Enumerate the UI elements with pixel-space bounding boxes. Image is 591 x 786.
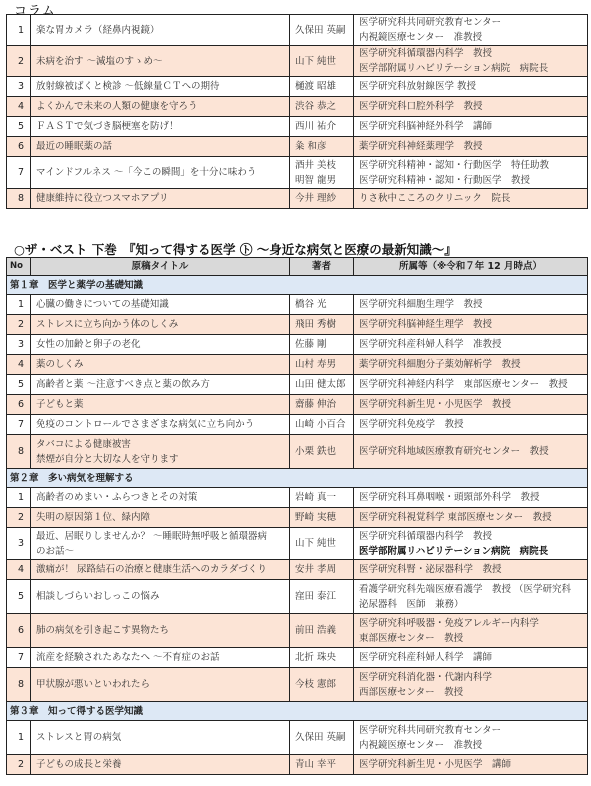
table-row: 1高齢者のめまい・ふらつきとその対策岩崎 真一医学研究科耳鼻咽喉・頭頸部外科学 … <box>7 488 588 508</box>
row-affiliation-line: 医学研究科消化器・代謝内科学 <box>359 670 582 685</box>
table-row: 8タバコによる健康被害禁煙が自分と大切な人を守ります小栗 鉄也医学研究科地域医療… <box>7 435 588 469</box>
row-title: 最近の睡眠薬の話 <box>31 137 290 157</box>
table-row: 7マインドフルネス ～「今この瞬間」を十分に味わう酒井 美枝明智 龍男医学研究科… <box>7 157 588 189</box>
row-affiliation: 医学研究科新生児・小児医学 教授 <box>354 395 588 415</box>
table-row: 6子どもと薬齋藤 伸治医学研究科新生児・小児医学 教授 <box>7 395 588 415</box>
row-affiliation-line: 医学研究科精神・認知・行動医学 特任助教 <box>359 158 582 173</box>
row-author: 野崎 実穂 <box>290 508 354 528</box>
row-title-line: 心臓の働きについての基礎知識 <box>36 297 284 312</box>
row-author-line: 山下 純世 <box>295 536 348 551</box>
row-affiliation-line: 医学研究科腎・泌尿器科学 教授 <box>359 562 582 577</box>
row-title: 薬のしくみ <box>31 355 290 375</box>
row-author: 飛田 秀樹 <box>290 315 354 335</box>
row-author-line: 岩崎 真一 <box>295 490 348 505</box>
row-affiliation: 医学研究科循環器内科学 教授医学部附属リハビリテーション病院 病院長 <box>354 528 588 560</box>
row-affiliation: 医学研究科精神・認知・行動医学 特任助教医学研究科精神・認知・行動医学 教授 <box>354 157 588 189</box>
row-title: ＦＡＳＴで気づき脳梗塞を防げ！ <box>31 117 290 137</box>
row-title-line: 失明の原因第１位、緑内障 <box>36 510 284 525</box>
row-author-line: 野崎 実穂 <box>295 510 348 525</box>
chapter-label: 第３章 知って得する医学知識 <box>7 702 588 721</box>
row-number: 1 <box>7 488 31 508</box>
row-number: 1 <box>7 721 31 755</box>
row-affiliation-line: 医学研究科放射線医学 教授 <box>359 79 582 94</box>
row-affiliation: 薬学研究科神経薬理学 教授 <box>354 137 588 157</box>
row-affiliation: 医学研究科消化器・代謝内科学西部医療センター 教授 <box>354 668 588 702</box>
row-title: 肺の病気を引き起こす異物たち <box>31 614 290 648</box>
row-affiliation-line: 医学研究科免疫学 教授 <box>359 417 582 432</box>
row-title-line: 禁煙が自分と大切な人を守ります <box>36 452 284 467</box>
best-section-title: ○ザ・ベスト 下巻 『知って得する医学 ㋣ ～身近な病気と医療の最新知識～』 <box>14 240 457 258</box>
row-affiliation-line: 西部医療センター 教授 <box>359 685 582 700</box>
row-affiliation-line: 医学研究科神経内科学 東部医療センター 教授 <box>359 377 582 392</box>
row-affiliation: 医学研究科脳神経外科学 講師 <box>354 117 588 137</box>
row-title: タバコによる健康被害禁煙が自分と大切な人を守ります <box>31 435 290 469</box>
row-author-line: 山下 純世 <box>295 54 348 69</box>
table-row: 1心臓の働きについての基礎知識橋谷 光医学研究科細胞生理学 教授 <box>7 295 588 315</box>
row-affiliation: 看護学研究科先端医療看護学 教授 （医学研究科泌尿器科 医師 兼務） <box>354 580 588 614</box>
row-affiliation-line: りさ秋中こころのクリニック 院長 <box>359 191 582 206</box>
row-affiliation-line: 医学研究科共同研究教育センター <box>359 723 582 738</box>
row-author: 前田 浩義 <box>290 614 354 648</box>
row-author: 橋谷 光 <box>290 295 354 315</box>
row-author: 渋谷 恭之 <box>290 97 354 117</box>
row-title: ストレスと胃の病気 <box>31 721 290 755</box>
table-row: 1楽な胃カメラ（経鼻内視鏡）久保田 英嗣医学研究科共同研究教育センター内視鏡医療… <box>7 15 588 46</box>
row-title-line: 免疫のコントロールでさまざまな病気に立ち向かう <box>36 417 284 432</box>
row-title: 放射線被ばくと検診 ～低線量ＣＴへの期待 <box>31 77 290 97</box>
row-author: 齋藤 伸治 <box>290 395 354 415</box>
row-author-line: 佐藤 剛 <box>295 337 348 352</box>
row-author: 山村 寿男 <box>290 355 354 375</box>
row-title: 失明の原因第１位、緑内障 <box>31 508 290 528</box>
row-affiliation-line: 医学研究科細胞生理学 教授 <box>359 297 582 312</box>
table-row: 2ストレスに立ち向かう体のしくみ飛田 秀樹医学研究科脳神経生理学 教授 <box>7 315 588 335</box>
chapter-row: 第１章 医学と薬学の基礎知識 <box>7 276 588 295</box>
row-affiliation: 医学研究科循環器内科学 教授医学部附属リハビリテーション病院 病院長 <box>354 46 588 77</box>
row-number: 1 <box>7 295 31 315</box>
row-title: ストレスに立ち向かう体のしくみ <box>31 315 290 335</box>
best-table: No 原稿タイトル 著者 所属等（※令和７年 12 月時点） 第１章 医学と薬学… <box>6 257 588 775</box>
row-author: 山下 純世 <box>290 46 354 77</box>
row-affiliation-line: 医学研究科産科婦人科学 准教授 <box>359 337 582 352</box>
row-number: 4 <box>7 355 31 375</box>
row-author: 久保田 英嗣 <box>290 721 354 755</box>
row-title-line: 薬のしくみ <box>36 357 284 372</box>
row-author: 酒井 美枝明智 龍男 <box>290 157 354 189</box>
row-title-line: 楽な胃カメラ（経鼻内視鏡） <box>36 23 284 38</box>
row-affiliation-line: 医学研究科口腔外科学 教授 <box>359 99 582 114</box>
table-row: 7免疫のコントロールでさまざまな病気に立ち向かう山崎 小百合医学研究科免疫学 教… <box>7 415 588 435</box>
row-affiliation-line: 薬学研究科神経薬理学 教授 <box>359 139 582 154</box>
row-title-line: のお話～ <box>36 544 284 559</box>
row-title-line: 甲状腺が悪いといわれたら <box>36 677 284 692</box>
row-affiliation-line: 医学研究科共同研究教育センター <box>359 15 582 30</box>
row-title: 甲状腺が悪いといわれたら <box>31 668 290 702</box>
row-title-line: 高齢者と薬 ～注意すべき点と薬の飲み方 <box>36 377 284 392</box>
row-affiliation-line: 医学研究科産科婦人科学 講師 <box>359 650 582 665</box>
row-author: 山崎 小百合 <box>290 415 354 435</box>
row-number: 4 <box>7 560 31 580</box>
row-author-line: 西川 祐介 <box>295 119 348 134</box>
row-title-line: マインドフルネス ～「今この瞬間」を十分に味わう <box>36 165 284 180</box>
table-row: 8甲状腺が悪いといわれたら今枝 憲郎医学研究科消化器・代謝内科学西部医療センター… <box>7 668 588 702</box>
row-author: 北折 珠央 <box>290 648 354 668</box>
table-row: 6最近の睡眠薬の話粂 和彦薬学研究科神経薬理学 教授 <box>7 137 588 157</box>
row-title: 女性の加齢と卵子の老化 <box>31 335 290 355</box>
row-title: 最近、居眠りしませんか？ ～睡眠時無呼吸と循環器病のお話～ <box>31 528 290 560</box>
row-author-line: 久保田 英嗣 <box>295 730 348 745</box>
row-title: 流産を経験されたあなたへ ～不育症のお話 <box>31 648 290 668</box>
row-title: 未病を治す ～減塩のすゝめ～ <box>31 46 290 77</box>
row-title: 子どもの成長と栄養 <box>31 755 290 775</box>
row-number: 2 <box>7 315 31 335</box>
row-author: 樋渡 昭雄 <box>290 77 354 97</box>
row-affiliation: 医学研究科腎・泌尿器科学 教授 <box>354 560 588 580</box>
row-title-line: ＦＡＳＴで気づき脳梗塞を防げ！ <box>36 119 284 134</box>
row-number: 6 <box>7 137 31 157</box>
chapter-label: 第１章 医学と薬学の基礎知識 <box>7 276 588 295</box>
row-author-line: 樋渡 昭雄 <box>295 79 348 94</box>
row-title: よくかんで未来の人類の健康を守ろう <box>31 97 290 117</box>
table-row: 2失明の原因第１位、緑内障野崎 実穂医学研究科視覚科学 東部医療センター 教授 <box>7 508 588 528</box>
row-affiliation-line: 医学研究科視覚科学 東部医療センター 教授 <box>359 510 582 525</box>
row-title: 高齢者と薬 ～注意すべき点と薬の飲み方 <box>31 375 290 395</box>
row-author: 粂 和彦 <box>290 137 354 157</box>
row-number: 4 <box>7 97 31 117</box>
row-title-line: 肺の病気を引き起こす異物たち <box>36 623 284 638</box>
column-table: 1楽な胃カメラ（経鼻内視鏡）久保田 英嗣医学研究科共同研究教育センター内視鏡医療… <box>6 14 588 209</box>
row-author: 岩崎 真一 <box>290 488 354 508</box>
row-affiliation-line: 内視鏡医療センター 准教授 <box>359 738 582 753</box>
row-author: 佐藤 剛 <box>290 335 354 355</box>
row-title-line: 相談しづらいおしっこの悩み <box>36 589 284 604</box>
row-title: 免疫のコントロールでさまざまな病気に立ち向かう <box>31 415 290 435</box>
row-author-line: 久保田 英嗣 <box>295 23 348 38</box>
row-affiliation: 医学研究科共同研究教育センター内視鏡医療センター 准教授 <box>354 721 588 755</box>
row-title-line: 健康維持に役立つスマホアプリ <box>36 191 284 206</box>
row-number: 7 <box>7 415 31 435</box>
row-author: 小栗 鉄也 <box>290 435 354 469</box>
table-row: 4よくかんで未来の人類の健康を守ろう渋谷 恭之医学研究科口腔外科学 教授 <box>7 97 588 117</box>
table-row: 5高齢者と薬 ～注意すべき点と薬の飲み方山田 健太郎医学研究科神経内科学 東部医… <box>7 375 588 395</box>
row-title: 健康維持に役立つスマホアプリ <box>31 189 290 209</box>
row-author-line: 山田 健太郎 <box>295 377 348 392</box>
row-number: 5 <box>7 117 31 137</box>
table-header-row: No 原稿タイトル 著者 所属等（※令和７年 12 月時点） <box>7 258 588 276</box>
table-row: 5相談しづらいおしっこの悩み窪田 泰江看護学研究科先端医療看護学 教授 （医学研… <box>7 580 588 614</box>
row-author-line: 齋藤 伸治 <box>295 397 348 412</box>
row-author-line: 粂 和彦 <box>295 139 348 154</box>
row-affiliation-line: 泌尿器科 医師 兼務） <box>359 597 582 612</box>
row-author-line: 橋谷 光 <box>295 297 348 312</box>
row-number: 6 <box>7 614 31 648</box>
row-author: 今枝 憲郎 <box>290 668 354 702</box>
header-author: 著者 <box>290 258 354 276</box>
row-title-line: タバコによる健康被害 <box>36 437 284 452</box>
header-no: No <box>7 258 31 276</box>
row-number: 8 <box>7 435 31 469</box>
row-affiliation: 医学研究科口腔外科学 教授 <box>354 97 588 117</box>
row-affiliation: 医学研究科放射線医学 教授 <box>354 77 588 97</box>
row-affiliation-line: 医学研究科精神・認知・行動医学 教授 <box>359 173 582 188</box>
row-affiliation: 医学研究科免疫学 教授 <box>354 415 588 435</box>
row-affiliation-line: 医学研究科新生児・小児医学 講師 <box>359 757 582 772</box>
table-row: 4薬のしくみ山村 寿男薬学研究科細胞分子薬効解析学 教授 <box>7 355 588 375</box>
row-affiliation: 医学研究科共同研究教育センター内視鏡医療センター 准教授 <box>354 15 588 46</box>
row-author-line: 青山 幸平 <box>295 757 348 772</box>
row-number: 7 <box>7 157 31 189</box>
row-number: 2 <box>7 508 31 528</box>
row-title-line: 激痛が！ 尿路結石の治療と健康生活へのカラダづくり <box>36 562 284 577</box>
row-number: 2 <box>7 755 31 775</box>
row-author-line: 北折 珠央 <box>295 650 348 665</box>
table-row: 8健康維持に役立つスマホアプリ今井 理紗りさ秋中こころのクリニック 院長 <box>7 189 588 209</box>
row-title-line: 未病を治す ～減塩のすゝめ～ <box>36 54 284 69</box>
row-title: マインドフルネス ～「今この瞬間」を十分に味わう <box>31 157 290 189</box>
row-affiliation-line: 内視鏡医療センター 准教授 <box>359 30 582 45</box>
row-number: 6 <box>7 395 31 415</box>
row-number: 7 <box>7 648 31 668</box>
row-title-line: 最近の睡眠薬の話 <box>36 139 284 154</box>
row-affiliation: 医学研究科細胞生理学 教授 <box>354 295 588 315</box>
row-affiliation: 医学研究科視覚科学 東部医療センター 教授 <box>354 508 588 528</box>
row-affiliation: 医学研究科産科婦人科学 准教授 <box>354 335 588 355</box>
row-affiliation: 医学研究科産科婦人科学 講師 <box>354 648 588 668</box>
chapter-row: 第３章 知って得する医学知識 <box>7 702 588 721</box>
table-row: 2未病を治す ～減塩のすゝめ～山下 純世医学研究科循環器内科学 教授医学部附属リ… <box>7 46 588 77</box>
table-row: 3放射線被ばくと検診 ～低線量ＣＴへの期待樋渡 昭雄医学研究科放射線医学 教授 <box>7 77 588 97</box>
row-title-line: 女性の加齢と卵子の老化 <box>36 337 284 352</box>
row-number: 3 <box>7 77 31 97</box>
row-affiliation-line: 医学研究科脳神経外科学 講師 <box>359 119 582 134</box>
row-title-line: 放射線被ばくと検診 ～低線量ＣＴへの期待 <box>36 79 284 94</box>
row-number: 5 <box>7 375 31 395</box>
row-author-line: 窪田 泰江 <box>295 589 348 604</box>
row-number: 3 <box>7 335 31 355</box>
table-row: 5ＦＡＳＴで気づき脳梗塞を防げ！西川 祐介医学研究科脳神経外科学 講師 <box>7 117 588 137</box>
row-title-line: ストレスに立ち向かう体のしくみ <box>36 317 284 332</box>
row-affiliation: 薬学研究科細胞分子薬効解析学 教授 <box>354 355 588 375</box>
row-author-line: 明智 龍男 <box>295 173 348 188</box>
row-author-line: 安井 孝周 <box>295 562 348 577</box>
row-author-line: 渋谷 恭之 <box>295 99 348 114</box>
row-affiliation-line: 医学研究科新生児・小児医学 教授 <box>359 397 582 412</box>
header-affiliation: 所属等（※令和７年 12 月時点） <box>354 258 588 276</box>
table-row: 1ストレスと胃の病気久保田 英嗣医学研究科共同研究教育センター内視鏡医療センター… <box>7 721 588 755</box>
table-row: 3最近、居眠りしませんか？ ～睡眠時無呼吸と循環器病のお話～山下 純世医学研究科… <box>7 528 588 560</box>
table-row: 7流産を経験されたあなたへ ～不育症のお話北折 珠央医学研究科産科婦人科学 講師 <box>7 648 588 668</box>
row-number: 3 <box>7 528 31 560</box>
row-affiliation-line: 医学研究科脳神経生理学 教授 <box>359 317 582 332</box>
row-author-line: 前田 浩義 <box>295 623 348 638</box>
row-author-line: 酒井 美枝 <box>295 158 348 173</box>
table-row: 3女性の加齢と卵子の老化佐藤 剛医学研究科産科婦人科学 准教授 <box>7 335 588 355</box>
row-title-line: ストレスと胃の病気 <box>36 730 284 745</box>
row-title-line: 子どもと薬 <box>36 397 284 412</box>
row-author-line: 今井 理紗 <box>295 191 348 206</box>
chapter-label: 第２章 多い病気を理解する <box>7 469 588 488</box>
row-author: 青山 幸平 <box>290 755 354 775</box>
row-author-line: 飛田 秀樹 <box>295 317 348 332</box>
row-affiliation-line: 看護学研究科先端医療看護学 教授 （医学研究科 <box>359 582 582 597</box>
row-title-line: 子どもの成長と栄養 <box>36 757 284 772</box>
row-author: 安井 孝周 <box>290 560 354 580</box>
row-author: 山田 健太郎 <box>290 375 354 395</box>
row-affiliation: 医学研究科脳神経生理学 教授 <box>354 315 588 335</box>
row-affiliation: 医学研究科耳鼻咽喉・頭頸部外科学 教授 <box>354 488 588 508</box>
row-affiliation: 医学研究科呼吸器・免疫アレルギー内科学東部医療センター 教授 <box>354 614 588 648</box>
row-title-line: よくかんで未来の人類の健康を守ろう <box>36 99 284 114</box>
row-author: 窪田 泰江 <box>290 580 354 614</box>
table-row: 2子どもの成長と栄養青山 幸平医学研究科新生児・小児医学 講師 <box>7 755 588 775</box>
row-number: 5 <box>7 580 31 614</box>
row-affiliation-line: 医学研究科呼吸器・免疫アレルギー内科学 <box>359 616 582 631</box>
row-author-line: 山村 寿男 <box>295 357 348 372</box>
row-affiliation: 医学研究科神経内科学 東部医療センター 教授 <box>354 375 588 395</box>
row-title: 子どもと薬 <box>31 395 290 415</box>
row-affiliation: 医学研究科新生児・小児医学 講師 <box>354 755 588 775</box>
row-affiliation: りさ秋中こころのクリニック 院長 <box>354 189 588 209</box>
row-title: 激痛が！ 尿路結石の治療と健康生活へのカラダづくり <box>31 560 290 580</box>
row-number: 1 <box>7 15 31 46</box>
row-affiliation-line: 医学研究科耳鼻咽喉・頭頸部外科学 教授 <box>359 490 582 505</box>
row-title-line: 流産を経験されたあなたへ ～不育症のお話 <box>36 650 284 665</box>
row-author-line: 小栗 鉄也 <box>295 444 348 459</box>
header-title: 原稿タイトル <box>31 258 290 276</box>
row-number: 8 <box>7 668 31 702</box>
table-row: 4激痛が！ 尿路結石の治療と健康生活へのカラダづくり安井 孝周医学研究科腎・泌尿… <box>7 560 588 580</box>
row-affiliation-line: 医学研究科循環器内科学 教授 <box>359 529 582 544</box>
row-affiliation-line: 医学研究科循環器内科学 教授 <box>359 46 582 61</box>
row-title: 楽な胃カメラ（経鼻内視鏡） <box>31 15 290 46</box>
row-title: 高齢者のめまい・ふらつきとその対策 <box>31 488 290 508</box>
row-number: 2 <box>7 46 31 77</box>
row-affiliation-line: 医学部附属リハビリテーション病院 病院長 <box>359 61 582 76</box>
row-affiliation-line: 医学部附属リハビリテーション病院 病院長 <box>359 544 582 559</box>
row-affiliation: 医学研究科地域医療教育研究センター 教授 <box>354 435 588 469</box>
row-author-line: 山崎 小百合 <box>295 417 348 432</box>
chapter-row: 第２章 多い病気を理解する <box>7 469 588 488</box>
row-affiliation-line: 東部医療センター 教授 <box>359 631 582 646</box>
row-author: 山下 純世 <box>290 528 354 560</box>
row-title-line: 最近、居眠りしませんか？ ～睡眠時無呼吸と循環器病 <box>36 529 284 544</box>
row-author: 久保田 英嗣 <box>290 15 354 46</box>
row-title: 相談しづらいおしっこの悩み <box>31 580 290 614</box>
row-title-line: 高齢者のめまい・ふらつきとその対策 <box>36 490 284 505</box>
row-author: 今井 理紗 <box>290 189 354 209</box>
table-row: 6肺の病気を引き起こす異物たち前田 浩義医学研究科呼吸器・免疫アレルギー内科学東… <box>7 614 588 648</box>
row-title: 心臓の働きについての基礎知識 <box>31 295 290 315</box>
row-author-line: 今枝 憲郎 <box>295 677 348 692</box>
row-author: 西川 祐介 <box>290 117 354 137</box>
row-affiliation-line: 薬学研究科細胞分子薬効解析学 教授 <box>359 357 582 372</box>
row-affiliation-line: 医学研究科地域医療教育研究センター 教授 <box>359 444 582 459</box>
row-number: 8 <box>7 189 31 209</box>
